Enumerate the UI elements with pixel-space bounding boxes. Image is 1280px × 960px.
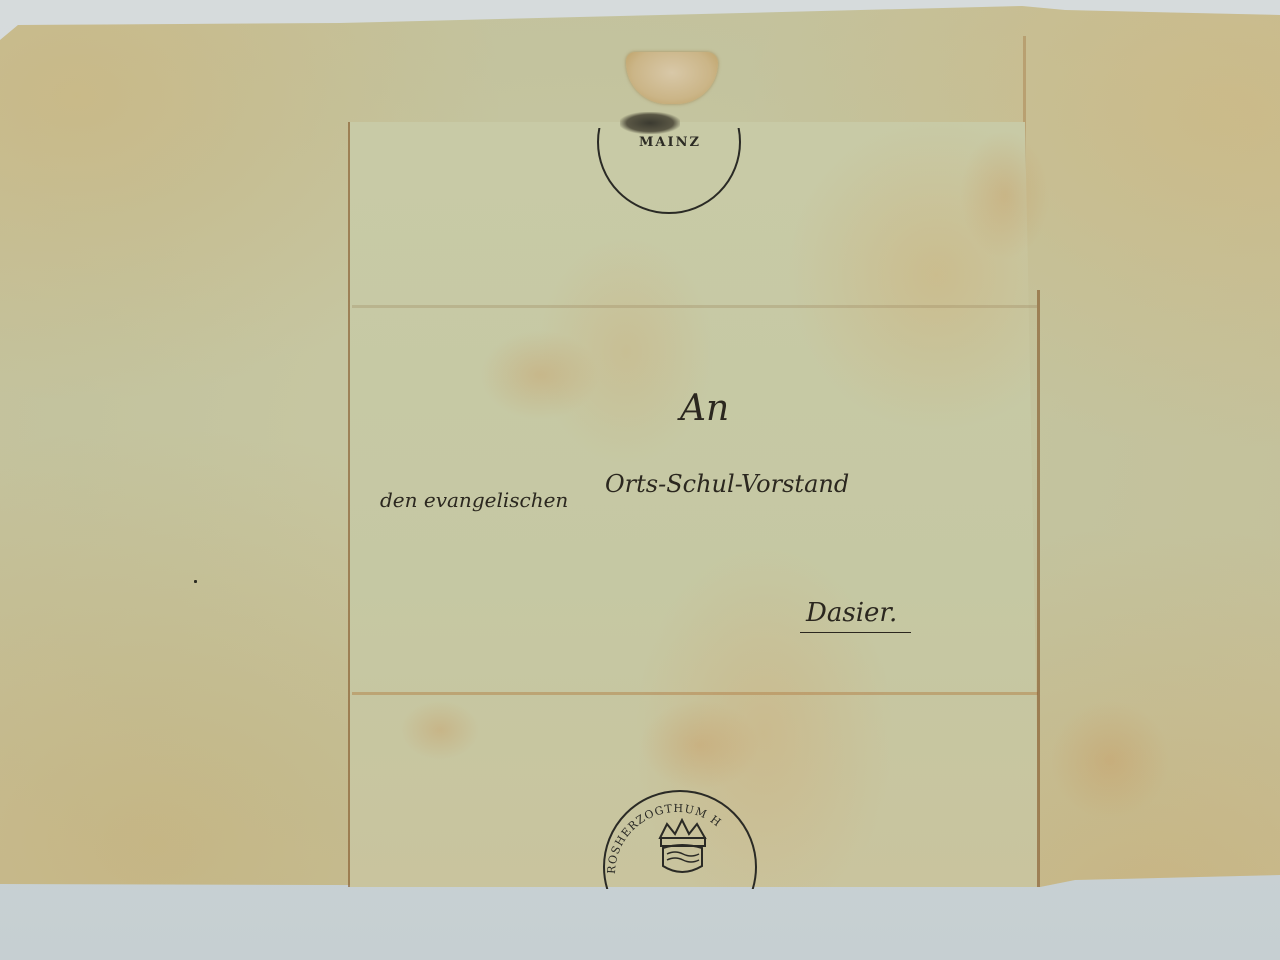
stain xyxy=(1050,700,1170,820)
crown-coat-of-arms-icon xyxy=(655,818,710,880)
stain xyxy=(960,130,1050,260)
photo-background: MAINZ ROSHERZOGTHUM H An den evangelisch… xyxy=(0,0,1280,960)
panel-edge-right xyxy=(1037,290,1040,887)
stain xyxy=(400,700,480,760)
address-line-evangelischen: den evangelischen xyxy=(380,488,568,512)
ink-dot xyxy=(194,580,197,583)
address-line-destination: Dasier. xyxy=(800,598,911,633)
address-line-schulvorstand: Orts-Schul-Vorstand xyxy=(605,470,849,498)
eagle-emblem-icon xyxy=(620,112,680,134)
address-line-an: An xyxy=(680,388,729,429)
fold-line-lower xyxy=(352,692,1038,695)
stain xyxy=(480,330,600,420)
stain xyxy=(640,700,760,790)
postmark-text: MAINZ xyxy=(620,135,720,150)
fold-line-upper xyxy=(352,305,1037,308)
